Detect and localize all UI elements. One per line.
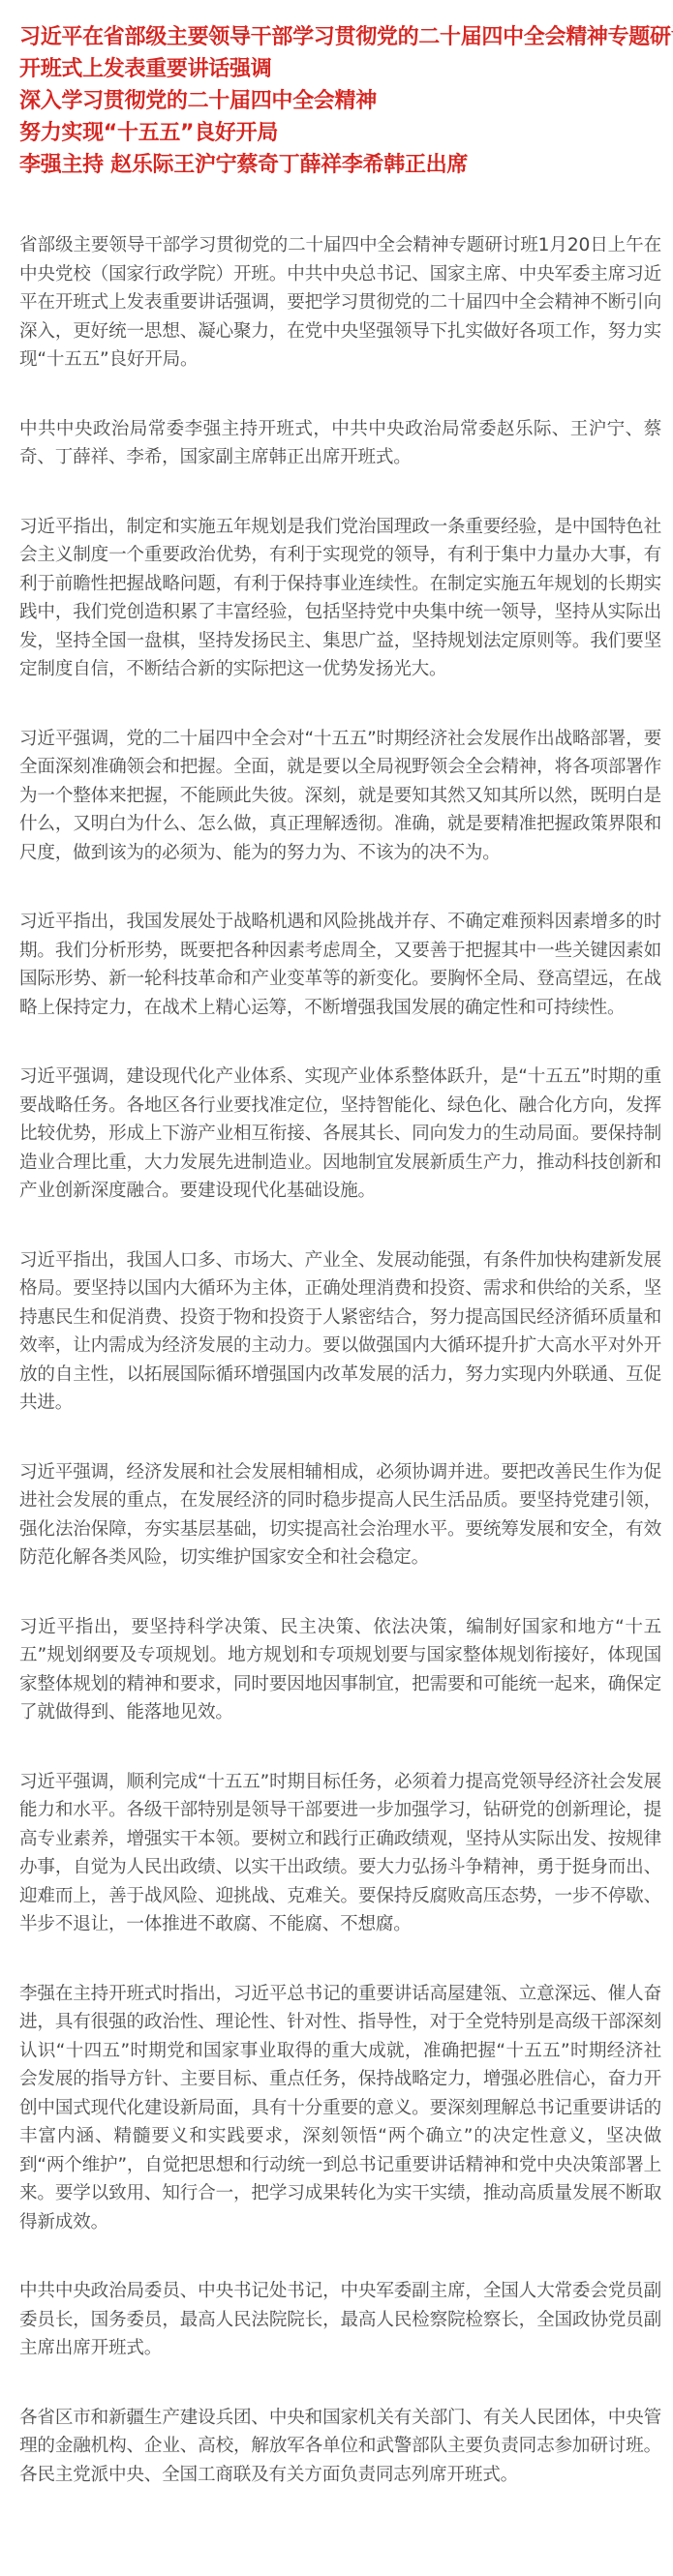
paragraph-lead: 省部级主要领导干部学习贯彻党的二十届四中全会精神专题研讨班1月20日上午在中央党… [19, 231, 661, 374]
paragraph-social-development: 习近平强调，经济发展和社会发展相辅相成，必须协调并进。要把改善民生作为促进社会发… [19, 1458, 661, 1573]
paragraph-new-development-pattern: 习近平指出，我国人口多、市场大、产业全、发展动能强，有条件加快构建新发展格局。要… [19, 1246, 661, 1418]
paragraph-five-year-plan-experience: 习近平指出，制定和实施五年规划是我们党治国理政一条重要经验，是中国特色社会主义制… [19, 513, 661, 684]
article-body: 省部级主要领导干部学习贯彻党的二十届四中全会精神专题研讨班1月20日上午在中央党… [19, 231, 661, 2489]
paragraph-planning-decisions: 习近平指出，要坚持科学决策、民主决策、依法决策，编制好国家和地方“十五五”规划纲… [19, 1613, 661, 1727]
paragraph-modern-industrial-system: 习近平强调，建设现代化产业体系、实现产业体系整体跃升，是“十五五”时期的重要战略… [19, 1063, 661, 1206]
headline-line-3: 深入学习贯彻党的二十届四中全会精神 [19, 85, 661, 117]
headline-line-2: 开班式上发表重要讲话强调 [19, 53, 661, 85]
paragraph-li-qiang-remarks: 李强在主持开班式时指出，习近平总书记的重要讲话高屋建瓴、立意深远、催人奋进，具有… [19, 1980, 661, 2237]
paragraph-comprehensive-understanding: 习近平强调，党的二十届四中全会对“十五五”时期经济社会发展作出战略部署，要全面深… [19, 725, 661, 868]
headline-line-4: 努力实现“十五五”良好开局 [19, 117, 661, 149]
news-article: 习近平在省部级主要领导干部学习贯彻党的二十届四中全会精神专题研讨班 开班式上发表… [0, 0, 673, 2508]
paragraph-leadership-capability: 习近平强调，顺利完成“十五五”时期目标任务，必须着力提高党领导经济社会发展能力和… [19, 1768, 661, 1939]
paragraph-participants: 各省区市和新疆生产建设兵团、中央和国家机关有关部门、有关人民团体，中央管理的金融… [19, 2404, 661, 2490]
paragraph-strategic-opportunities: 习近平指出，我国发展处于战略机遇和风险挑战并存、不确定难预料因素增多的时期。我们… [19, 908, 661, 1022]
headline-line-5: 李强主持 赵乐际王沪宁蔡奇丁薛祥李希韩正出席 [19, 149, 661, 181]
paragraph-other-attendees: 中共中央政治局委员、中央书记处书记，中央军委副主席，全国人大常委会党员副委员长，… [19, 2277, 661, 2363]
paragraph-attendees-standing-committee: 中共中央政治局常委李强主持开班式，中共中央政治局常委赵乐际、王沪宁、蔡奇、丁薛祥… [19, 415, 661, 472]
headline-line-1: 习近平在省部级主要领导干部学习贯彻党的二十届四中全会精神专题研讨班 [19, 21, 661, 53]
article-headline: 习近平在省部级主要领导干部学习贯彻党的二十届四中全会精神专题研讨班 开班式上发表… [19, 21, 661, 181]
